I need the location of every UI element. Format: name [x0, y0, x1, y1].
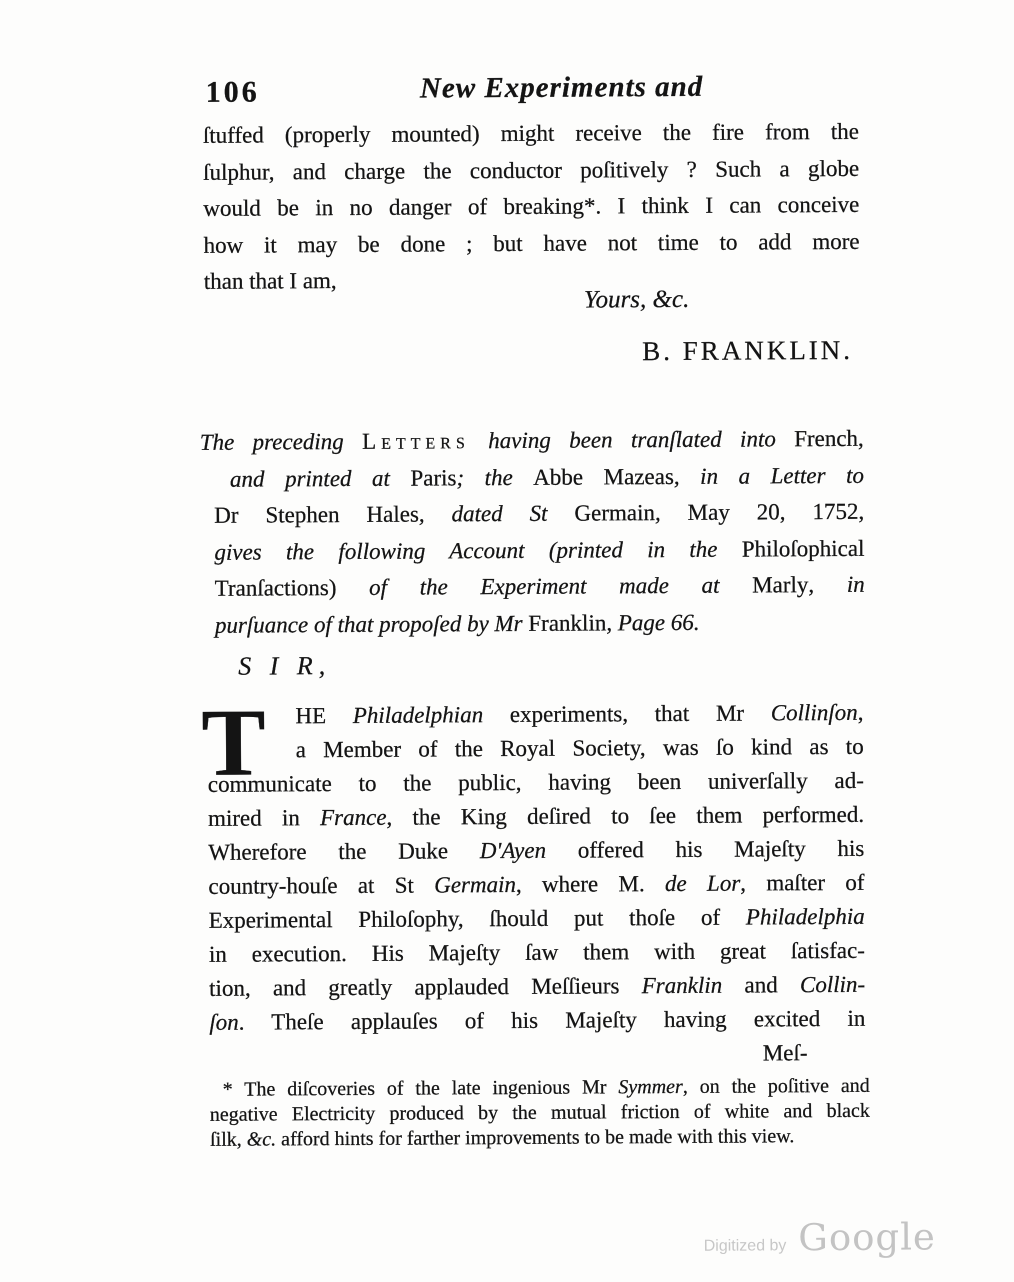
book-page-scan: 106 New Experiments and ſtuffed (properl…: [0, 0, 1014, 1282]
page-header: 106 New Experiments and: [204, 70, 860, 114]
google-logo: Google: [798, 1215, 936, 1259]
letter-end-paragraph: ſtuffed (properly mounted) might receive…: [203, 114, 860, 301]
main-paragraph: T HE Philadelphian experiments, that Mr …: [207, 696, 865, 1074]
letter-text-line: ſulphur, and charge the conductor poſiti…: [203, 150, 859, 191]
page-content: 106 New Experiments and ſtuffed (properl…: [0, 0, 1014, 1282]
note-text-line: gives the following Account (printed in …: [200, 530, 864, 571]
note-text-line: Dr Stephen Hales, dated St Germain, May …: [200, 494, 864, 535]
body-text-line: tion, and greatly applauded Meſſieurs Fr…: [209, 968, 865, 1006]
body-text-line: a Member of the Royal Society, was ſo ki…: [208, 730, 864, 768]
drop-cap-letter: T: [201, 703, 266, 781]
digitized-by-label: Digitized by: [704, 1237, 787, 1256]
letter-text-line: how it may be done ; but have not time t…: [203, 223, 859, 264]
editorial-note: The preceding Letters having been tranſl…: [200, 421, 865, 644]
salutation: S I R,: [238, 651, 331, 682]
body-text-line: communicate to the public, having been u…: [208, 764, 864, 802]
body-text-line: Wherefore the Duke D'Ayen offered his Ma…: [208, 832, 864, 870]
letter-text-line: than that I am,: [204, 260, 860, 301]
note-text-line: and printed at Paris; the Abbe Mazeas, i…: [200, 457, 864, 498]
letter-closing: Yours, &c.: [584, 286, 690, 315]
note-text-line: purſuance of that propoſed by Mr Frankli…: [201, 603, 865, 644]
catchword: Meſ-: [209, 1036, 865, 1074]
body-text-line: HE Philadelphian experiments, that Mr Co…: [207, 696, 863, 734]
letter-signature: B. FRANKLIN.: [642, 335, 853, 367]
main-paragraph-lines: HE Philadelphian experiments, that Mr Co…: [207, 696, 865, 1040]
body-text-line: ſon. Theſe applauſes of his Majeſty havi…: [209, 1002, 865, 1040]
letter-text-line: would be in no danger of breaking*. I th…: [203, 187, 859, 228]
footnote-text-line: ſilk, &c. afford hints for farther impro…: [210, 1124, 870, 1153]
body-text-line: in execution. His Majeſty ſaw them with …: [209, 934, 865, 972]
note-text-line: Tranſactions) of the Experiment made at …: [201, 567, 865, 608]
note-text-line: The preceding Letters having been tranſl…: [200, 421, 864, 462]
body-text-line: mired in France, the King deſired to ſee…: [208, 798, 864, 836]
footnote: * The diſcoveries of the late ingenious …: [210, 1074, 870, 1153]
body-text-line: country-houſe at St Germain, where M. de…: [208, 866, 864, 904]
page-number: 106: [206, 76, 260, 110]
running-header: New Experiments and: [204, 70, 860, 107]
digitization-watermark: Digitized by Google: [704, 1215, 936, 1259]
letter-text-line: ſtuffed (properly mounted) might receive…: [203, 114, 859, 155]
body-text-line: Experimental Philoſophy, ſhould put thoſ…: [209, 900, 865, 938]
